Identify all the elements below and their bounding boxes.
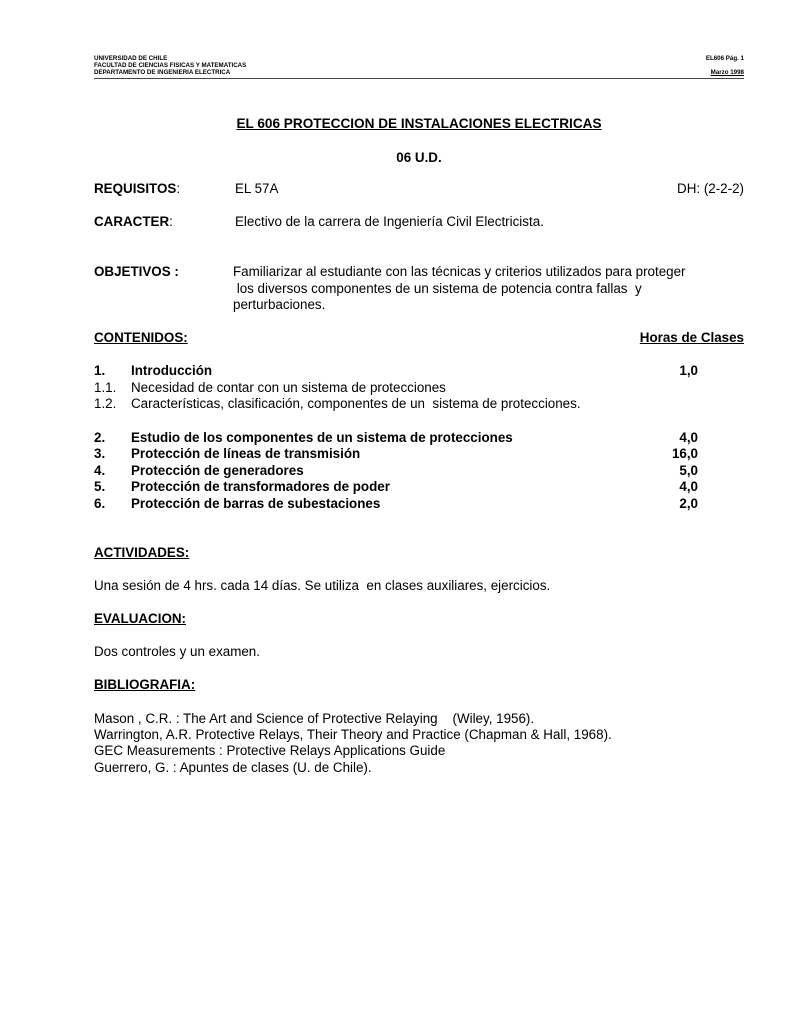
contenido-hours: 1,0 — [648, 363, 698, 378]
course-units: 06 U.D. — [0, 150, 800, 165]
contenido-text: Introducción — [131, 363, 212, 378]
contenido-number: 1.2. — [94, 396, 116, 411]
contenido-number: 6. — [94, 496, 105, 511]
department-name: DEPARTAMENTO DE INGENIERIA ELECTRICA — [94, 69, 744, 76]
contenido-text: Estudio de los componentes de un sistema… — [131, 430, 513, 445]
contenido-text: Necesidad de contar con un sistema de pr… — [131, 380, 446, 395]
contenido-text: Protección de generadores — [131, 463, 304, 478]
contenido-hours: 4,0 — [648, 430, 698, 445]
objetivos-label: OBJETIVOS : — [94, 264, 179, 279]
objetivos-line: perturbaciones. — [233, 297, 325, 312]
actividades-heading: ACTIVIDADES: — [94, 545, 189, 560]
page-reference: EL606 Pág. 1 — [706, 55, 744, 62]
header-divider — [94, 78, 744, 79]
contenido-hours: 16,0 — [648, 446, 698, 461]
evaluacion-text: Dos controles y un examen. — [94, 644, 260, 659]
contenido-number: 5. — [94, 479, 105, 494]
requisitos-label: REQUISITOS: — [94, 181, 180, 196]
contenido-number: 4. — [94, 463, 105, 478]
hours-column-header: Horas de Clases — [640, 330, 744, 345]
contenido-text: Protección de barras de subestaciones — [131, 496, 380, 511]
contenido-text: Protección de líneas de transmisión — [131, 446, 360, 461]
contenido-text: Protección de transformadores de poder — [131, 479, 390, 494]
contenido-number: 1. — [94, 363, 105, 378]
bibliografia-heading: BIBLIOGRAFIA: — [94, 677, 195, 692]
faculty-name: FACULTAD DE CIENCIAS FISICAS Y MATEMATIC… — [94, 62, 744, 69]
evaluacion-heading: EVALUACION: — [94, 611, 186, 626]
bibliography-item: Guerrero, G. : Apuntes de clases (U. de … — [94, 760, 372, 775]
bibliography-item: GEC Measurements : Protective Relays App… — [94, 743, 445, 758]
document-date: Marzo 1998 — [706, 69, 744, 76]
contenido-hours: 4,0 — [648, 479, 698, 494]
bibliography-item: Warrington, A.R. Protective Relays, Thei… — [94, 727, 612, 742]
university-name: UNIVERSIDAD DE CHILE — [94, 55, 744, 62]
dh-value: DH: (2-2-2) — [677, 181, 744, 196]
contenido-number: 1.1. — [94, 380, 116, 395]
contenido-number: 3. — [94, 446, 105, 461]
page-header: UNIVERSIDAD DE CHILE FACULTAD DE CIENCIA… — [94, 55, 744, 77]
caracter-value: Electivo de la carrera de Ingeniería Civ… — [235, 214, 544, 229]
contenido-number: 2. — [94, 430, 105, 445]
contenido-hours: 5,0 — [648, 463, 698, 478]
requisitos-value: EL 57A — [235, 181, 278, 196]
contenido-hours: 2,0 — [648, 496, 698, 511]
objetivos-line: los diversos componentes de un sistema d… — [233, 281, 642, 296]
bibliography-item: Mason , C.R. : The Art and Science of Pr… — [94, 711, 534, 726]
actividades-text: Una sesión de 4 hrs. cada 14 días. Se ut… — [94, 578, 550, 593]
caracter-label: CARACTER: — [94, 214, 173, 229]
contenido-text: Características, clasificación, componen… — [131, 396, 581, 411]
course-title: EL 606 PROTECCION DE INSTALACIONES ELECT… — [0, 116, 800, 131]
contenidos-heading: CONTENIDOS: — [94, 330, 188, 345]
objetivos-line: Familiarizar al estudiante con las técni… — [233, 264, 686, 279]
